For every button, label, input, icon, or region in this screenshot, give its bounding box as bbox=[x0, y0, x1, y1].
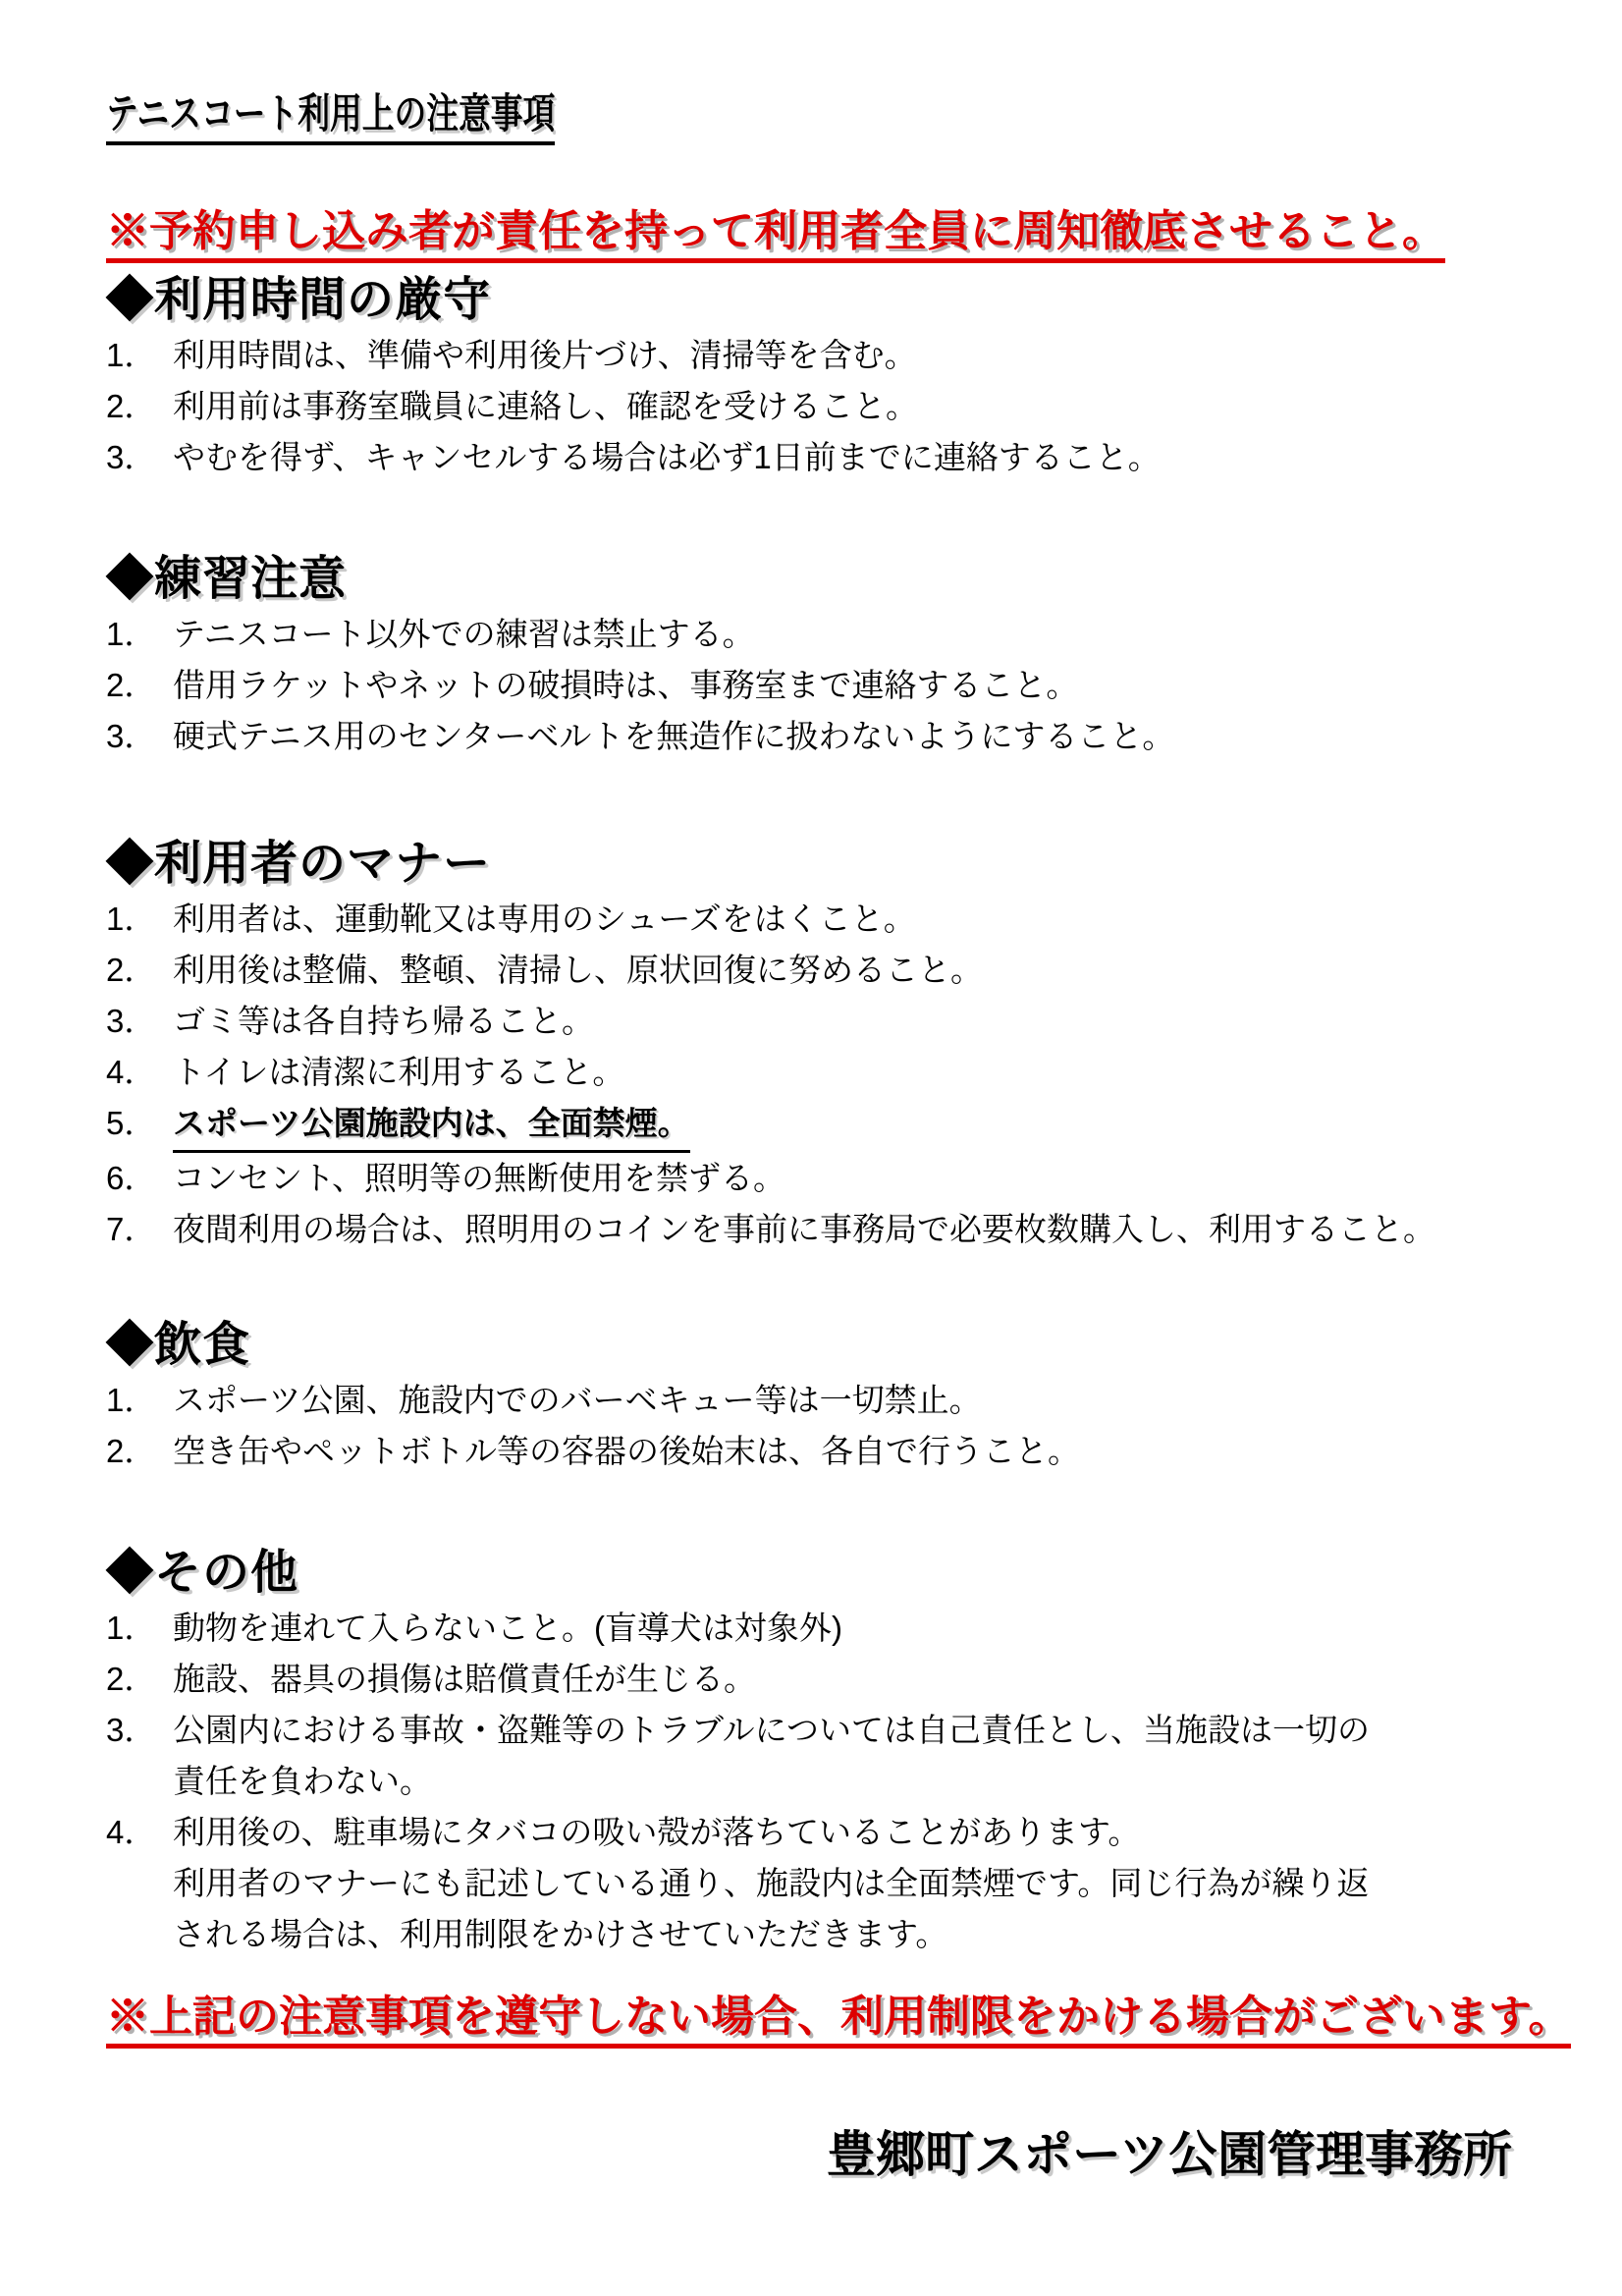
rule-item: 2．施設、器具の損傷は賠償責任が生じる。 bbox=[106, 1654, 1524, 1705]
rule-item: 1．スポーツ公園、施設内でのバーベキュー等は一切禁止。 bbox=[106, 1375, 1524, 1426]
rule-item: 1．テニスコート以外での練習は禁止する。 bbox=[106, 609, 1524, 660]
signature-row: 豊郷町スポーツ公園管理事務所 bbox=[106, 2127, 1524, 2182]
rule-number: 2． bbox=[106, 1426, 173, 1477]
rule-number: 1． bbox=[106, 609, 173, 660]
notice-bottom: ※上記の注意事項を遵守しない場合、利用制限をかける場合がございます。 bbox=[106, 1994, 1571, 2049]
rule-text: 利用時間は、準備や利用後片づけ、清掃等を含む。 bbox=[173, 330, 917, 381]
rule-text: スポーツ公園施設内は、全面禁煙。 bbox=[173, 1098, 690, 1153]
rule-number: 3． bbox=[106, 711, 173, 762]
rule-item: 6．コンセント、照明等の無断使用を禁ずる。 bbox=[106, 1153, 1524, 1204]
rule-number: 6． bbox=[106, 1153, 173, 1204]
rule-number: 7． bbox=[106, 1204, 173, 1255]
rule-number: 1． bbox=[106, 330, 173, 381]
rule-item: 3．公園内における事故・盗難等のトラブルについては自己責任とし、当施設は一切の責… bbox=[106, 1705, 1524, 1807]
rule-item: 1．利用時間は、準備や利用後片づけ、清掃等を含む。 bbox=[106, 330, 1524, 381]
section-heading: ◆利用時間の厳守 bbox=[106, 273, 1524, 328]
rule-item: 2．空き缶やペットボトル等の容器の後始末は、各自で行うこと。 bbox=[106, 1426, 1524, 1477]
rule-text: 利用者は、運動靴又は専用のシューズをはくこと。 bbox=[173, 894, 916, 945]
sections: ◆利用時間の厳守1．利用時間は、準備や利用後片づけ、清掃等を含む。2．利用前は事… bbox=[106, 273, 1524, 1960]
rule-number: 3． bbox=[106, 996, 173, 1047]
rule-text: 利用前は事務室職員に連絡し、確認を受けること。 bbox=[173, 381, 918, 432]
notice-top-row: ※予約申し込み者が責任を持って利用者全員に周知徹底させること。 bbox=[106, 208, 1524, 263]
section: ◆利用者のマナー1．利用者は、運動靴又は専用のシューズをはくこと。2．利用後は整… bbox=[106, 837, 1524, 1255]
rule-number: 4． bbox=[106, 1807, 173, 1858]
rule-text: テニスコート以外での練習は禁止する。 bbox=[173, 609, 755, 660]
section: ◆その他1．動物を連れて入らないこと。(盲導犬は対象外)2．施設、器具の損傷は賠… bbox=[106, 1546, 1524, 1960]
rule-text: 借用ラケットやネットの破損時は、事務室まで連絡すること。 bbox=[173, 660, 1078, 711]
rule-number: 1． bbox=[106, 894, 173, 945]
rule-item: 3．やむを得ず、キャンセルする場合は必ず1日前までに連絡すること。 bbox=[106, 432, 1524, 483]
rule-item: 2．利用後は整備、整頓、清掃し、原状回復に努めること。 bbox=[106, 945, 1524, 996]
section-heading: ◆飲食 bbox=[106, 1318, 1524, 1373]
rule-text: 夜間利用の場合は、照明用のコインを事前に事務局で必要枚数購入し、利用すること。 bbox=[173, 1204, 1435, 1255]
rule-text: 公園内における事故・盗難等のトラブルについては自己責任とし、当施設は一切の責任を… bbox=[173, 1705, 1385, 1807]
rule-number: 2． bbox=[106, 381, 173, 432]
document-page: テニスコート利用上の注意事項 ※予約申し込み者が責任を持って利用者全員に周知徹底… bbox=[0, 0, 1622, 2296]
rule-text: ゴミ等は各自持ち帰ること。 bbox=[173, 996, 594, 1047]
rule-number: 1． bbox=[106, 1603, 173, 1654]
section-heading: ◆利用者のマナー bbox=[106, 837, 1524, 892]
rule-number: 3． bbox=[106, 1705, 173, 1756]
rule-text: トイレは清潔に利用すること。 bbox=[173, 1047, 624, 1098]
notice-top: ※予約申し込み者が責任を持って利用者全員に周知徹底させること。 bbox=[106, 208, 1445, 263]
section: ◆練習注意1．テニスコート以外での練習は禁止する。2．借用ラケットやネットの破損… bbox=[106, 552, 1524, 762]
rule-number: 1． bbox=[106, 1375, 173, 1426]
section: ◆飲食1．スポーツ公園、施設内でのバーベキュー等は一切禁止。2．空き缶やペットボ… bbox=[106, 1318, 1524, 1477]
rule-text: やむを得ず、キャンセルする場合は必ず1日前までに連絡すること。 bbox=[173, 432, 1161, 483]
rule-item: 5．スポーツ公園施設内は、全面禁煙。 bbox=[106, 1098, 1524, 1153]
rule-text: スポーツ公園、施設内でのバーベキュー等は一切禁止。 bbox=[173, 1375, 982, 1426]
rule-number: 2． bbox=[106, 660, 173, 711]
rule-item: 1．利用者は、運動靴又は専用のシューズをはくこと。 bbox=[106, 894, 1524, 945]
rule-text: 利用後は整備、整頓、清掃し、原状回復に努めること。 bbox=[173, 945, 983, 996]
section-heading: ◆練習注意 bbox=[106, 552, 1524, 607]
rule-number: 5． bbox=[106, 1098, 173, 1149]
rule-number: 4． bbox=[106, 1047, 173, 1098]
rule-item: 3．ゴミ等は各自持ち帰ること。 bbox=[106, 996, 1524, 1047]
rule-text: 空き缶やペットボトル等の容器の後始末は、各自で行うこと。 bbox=[173, 1426, 1080, 1477]
rule-text: コンセント、照明等の無断使用を禁ずる。 bbox=[173, 1153, 785, 1204]
section-heading: ◆その他 bbox=[106, 1546, 1524, 1601]
rule-item: 1．動物を連れて入らないこと。(盲導犬は対象外) bbox=[106, 1603, 1524, 1654]
rule-text: 硬式テニス用のセンターベルトを無造作に扱わないようにすること。 bbox=[173, 711, 1174, 762]
title-row: テニスコート利用上の注意事項 bbox=[106, 90, 1524, 145]
rule-item: 7．夜間利用の場合は、照明用のコインを事前に事務局で必要枚数購入し、利用すること… bbox=[106, 1204, 1524, 1255]
rule-number: 2． bbox=[106, 1654, 173, 1705]
rule-text: 利用後の、駐車場にタバコの吸い殻が落ちていることがあります。 利用者のマナーにも… bbox=[173, 1807, 1385, 1960]
rule-text: 施設、器具の損傷は賠償責任が生じる。 bbox=[173, 1654, 756, 1705]
rule-item: 3．硬式テニス用のセンターベルトを無造作に扱わないようにすること。 bbox=[106, 711, 1524, 762]
rule-item: 4．利用後の、駐車場にタバコの吸い殻が落ちていることがあります。 利用者のマナー… bbox=[106, 1807, 1524, 1960]
page-title: テニスコート利用上の注意事項 bbox=[106, 90, 555, 145]
rule-item: 2．利用前は事務室職員に連絡し、確認を受けること。 bbox=[106, 381, 1524, 432]
notice-bottom-row: ※上記の注意事項を遵守しない場合、利用制限をかける場合がございます。 bbox=[106, 1994, 1524, 2049]
rule-item: 2．借用ラケットやネットの破損時は、事務室まで連絡すること。 bbox=[106, 660, 1524, 711]
rule-text: 動物を連れて入らないこと。(盲導犬は対象外) bbox=[173, 1603, 842, 1654]
rule-number: 3． bbox=[106, 432, 173, 483]
signature: 豊郷町スポーツ公園管理事務所 bbox=[827, 2127, 1512, 2182]
rule-item: 4．トイレは清潔に利用すること。 bbox=[106, 1047, 1524, 1098]
rule-number: 2． bbox=[106, 945, 173, 996]
section: ◆利用時間の厳守1．利用時間は、準備や利用後片づけ、清掃等を含む。2．利用前は事… bbox=[106, 273, 1524, 483]
